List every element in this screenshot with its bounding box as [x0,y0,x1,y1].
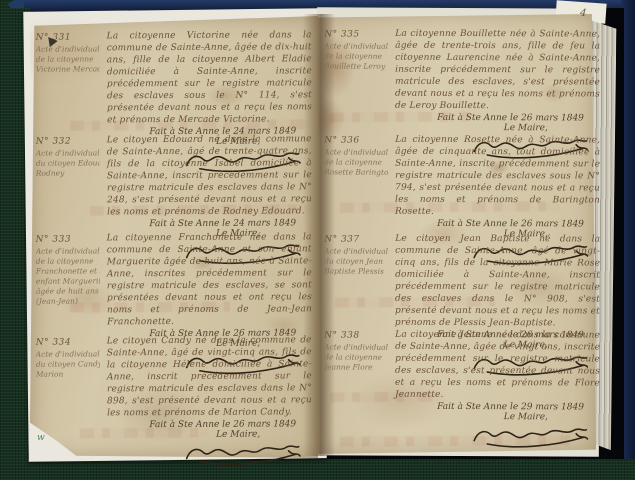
margin-line: Acte d'individualité [324,343,388,353]
right-page-entries: N° 335Acte d'individualitéde la citoyenn… [318,14,596,454]
margin-line: Acte d'individualité [324,42,388,52]
folio-number: 4 [579,8,586,20]
margin-line: Acte d'individualité [36,44,100,54]
entry-dateline: Fait à Ste Anne le 26 mars 1849 [395,113,600,124]
entry-dateline: Fait à Ste Anne le 26 mars 1849 [107,419,312,430]
mayor-signature [467,420,590,450]
margin-line: Bouillette Leroy [324,62,388,72]
entry-number: N° 335 [324,30,388,40]
margin-line: Acte d'individualité [36,349,100,359]
margin-line: du citoyen Edouard [36,158,100,168]
margin-line: Acte d'individualité [324,148,388,158]
margin-line: Baptiste Plessis [324,267,388,277]
margin-line: de la citoyenne [36,54,100,64]
entry-number: N° 338 [324,331,388,341]
entry-body: La citoyenne Rosette née à Sainte-Anne, … [395,134,600,219]
entry-number: N° 333 [36,234,100,244]
entry-dateline: Fait à Ste Anne le 26 mars 1849 [395,219,600,230]
entry-content: La citoyenne Jeanne née dans la commune … [395,329,600,449]
entry-body: La citoyenne Franchonette née dans la co… [107,231,312,328]
entry-number: N° 336 [324,136,388,146]
margin-line: Victorine Mercade [36,64,100,74]
margin-line: de la citoyenne [324,158,388,168]
entry-body: Le citoyen Candy né dans la commune de S… [107,334,312,419]
margin-line: (Jean-Jean) [36,296,100,306]
left-page-entries: N° 331Acte d'individualitéde la citoyenn… [30,16,318,458]
entry-number: N° 332 [36,136,100,146]
entry-body: La citoyenne Bouillette née à Sainte-Ann… [395,28,600,113]
scanned-register-spread: { "scan": { "page_number_top_right": "4"… [0,0,635,480]
margin-line: Acte d'individualité [36,148,100,158]
margin-line: Marion [36,369,100,379]
margin-line: enfant Marguerite [36,276,100,286]
margin-line: Acte d'individualité [324,247,388,257]
margin-line: Franchonette et son [36,266,100,276]
margin-line: du citoyen Candy [36,359,100,369]
entry-body: Le citoyen Jean Baptiste né dans la comm… [395,233,600,330]
register-entry: N° 334Acte d'individualitédu citoyen Can… [36,334,313,466]
entry-body: La citoyenne Victorine née dans la commu… [107,29,312,126]
margin-line: de la citoyenne [36,256,100,266]
margin-line: Rosette Barington [324,168,388,178]
margin-line: du citoyen Jean [324,257,388,267]
margin-line: de la citoyenne [324,52,388,62]
entry-dateline: Fait à Ste Anne le 29 mars 1849 [395,402,600,413]
register-entry: N° 338Acte d'individualitéde la citoyenn… [324,329,600,449]
entry-margin: N° 338Acte d'individualitéde la citoyenn… [324,329,388,448]
margin-line: Jeanne Flore [324,363,388,373]
green-watermark: w [37,433,45,443]
entry-body: La citoyenne Jeanne née dans la commune … [395,329,600,402]
margin-line: Rodney [36,168,100,178]
margin-line: de la citoyenne [324,353,388,363]
entry-number: N° 337 [324,235,388,245]
entry-body: Le citoyen Edouard né dans la commune de… [107,133,312,218]
margin-line: âgée de huit ans [36,286,100,296]
entry-dateline: Fait à Ste Anne le 24 mars 1849 [107,218,312,229]
entry-content: Le citoyen Candy né dans la commune de S… [107,334,313,466]
margin-line: Acte d'individualité [36,246,100,256]
mayor-signature [180,437,303,468]
entry-number: N° 334 [36,337,100,347]
entry-margin: N° 334Acte d'individualitédu citoyen Can… [36,335,101,466]
